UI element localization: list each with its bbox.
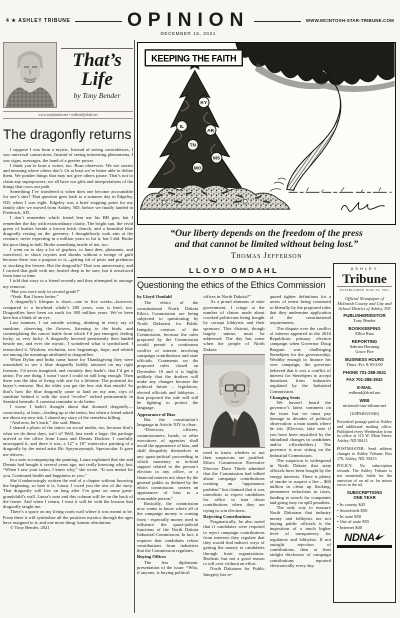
- ndna-logo: NDNA: [337, 533, 392, 548]
- phone-line: PHONE 701-288-3531: [337, 371, 392, 376]
- ornament-ky: KY: [200, 100, 207, 106]
- paragraph: Last summer, I sat outside writing, drin…: [3, 320, 133, 357]
- paragraph: The only way to reassure North Dakotans …: [270, 505, 331, 568]
- paragraph: • Snowbirds $50: [337, 508, 392, 513]
- subscriptions-label-2: ONE YEAR: [337, 496, 392, 501]
- edition-label: 4 ★ ASHLEY TRIBUNE: [6, 18, 70, 24]
- column-divider-rule: [134, 40, 135, 613]
- paragraph: A dragonfly’s lifespan is short—one to f…: [3, 299, 133, 320]
- subscription-rates: • In county $45• Snowbirds $50• In state…: [337, 502, 392, 530]
- thats-life-header: That’s Life by Tony Bender: [3, 42, 133, 108]
- section-title: OPINION: [127, 11, 249, 30]
- tony-bender-photo: [3, 42, 57, 108]
- masthead-paper-name: Tribune: [337, 272, 392, 285]
- paragraph: Basically, the commission now wants to k…: [137, 501, 198, 554]
- contact-line: www.tonybender.net • redhead@drtel.net: [3, 111, 133, 119]
- header-rule-left: [75, 21, 122, 22]
- omdahl-article: by Lloyd OmdahlThe ethics of the constit…: [137, 294, 331, 614]
- ornament-tn: TN: [190, 143, 197, 149]
- editorial-cartoon: KY IL AR TN MS MO: [137, 42, 396, 225]
- web-value: mcintosh-star-tribune.net: [337, 404, 392, 409]
- column-title-line2: Life: [61, 70, 133, 89]
- ornament-il: IL: [180, 124, 184, 130]
- paragraph: North Dakotans for Public Integrity has …: [203, 566, 264, 577]
- columnist-name: LLOYD OMDAHL: [137, 266, 331, 278]
- omdahl-col2: offices in North Dakota?”As a proud alum…: [203, 294, 264, 614]
- issue-date: DECEMBER 15, 2021: [127, 31, 249, 36]
- paragraph: I think you’re born a writer, too. Born …: [3, 163, 133, 189]
- masthead-box: ASHLEY Tribune ESTABLISHED JUNE 29, 1901…: [333, 263, 396, 603]
- thats-life-title-block: That’s Life by Tony Bender: [57, 42, 133, 108]
- ornament-mo: MO: [194, 165, 202, 171]
- policy-note: POLICY: No subscription refunds. The Ash…: [337, 464, 392, 488]
- paragraph: The less diplomatic presentation of the …: [137, 560, 198, 576]
- bookkeeping-name: Elliot Rust: [337, 332, 392, 337]
- paragraph: The dispute over the conflict of interes…: [270, 326, 331, 394]
- paragraph: I swear I hadn’t thought about that doom…: [3, 404, 133, 420]
- reporter-2: Grace Fire: [337, 350, 392, 355]
- paragraph: I told that story to a friend recently a…: [3, 278, 133, 289]
- header-rule-right: [254, 21, 301, 22]
- paragraph: The ethics of the constitutional North D…: [137, 300, 198, 410]
- paragraph: We haven’t heard the governor’s latest c…: [270, 400, 331, 458]
- website-url: WWW.MCINTOSH-STAR-TRIBUNE.COM: [306, 18, 394, 23]
- paragraph: I don’t remember which friend lent me hi…: [3, 215, 133, 247]
- cartoonist-signature: [341, 202, 385, 211]
- omdahl-headline: Questioning the ethics of the Ethics Com…: [137, 280, 333, 290]
- paragraph: quired tighter definitions for a series …: [270, 294, 331, 326]
- paragraph: Something I’ve wondered is when does one…: [3, 189, 133, 215]
- periodical-note: Periodical postage paid at Ashley and ad…: [337, 420, 392, 444]
- omdahl-col2-top: offices in North Dakota?”As a proud alum…: [203, 294, 264, 352]
- byline: by Lloyd Omdahl: [137, 294, 198, 299]
- quote-line1: “Our liberty depends on the freedom of t…: [137, 228, 396, 239]
- paragraph: Pragmatically, he also noted that if can…: [203, 519, 264, 566]
- paragraph: But the constitution’s language in Artic…: [137, 417, 198, 428]
- press-freedom-quote: “Our liberty depends on the freedom of t…: [137, 228, 396, 260]
- section-block: OPINION DECEMBER 15, 2021: [127, 11, 249, 36]
- article-body: I suppose I was born a mystic. Instead o…: [3, 147, 133, 530]
- paragraph: I suppose I was born a mystic. Instead o…: [3, 147, 133, 163]
- masthead-established: ESTABLISHED JUNE 29, 1901: [337, 286, 392, 293]
- omdahl-col3: quired tighter definitions for a series …: [270, 294, 331, 614]
- title-rule: [61, 48, 133, 49]
- paragraph: In a note accompanying the painting, Lau…: [3, 457, 133, 478]
- hours-value: Thurs.-Fri. 8:30-3:00: [337, 363, 392, 368]
- postmaster-note: POSTMASTER: Send address changes to Ashl…: [337, 447, 392, 461]
- paragraph: I shared a photo of the tattoo on social…: [3, 425, 133, 457]
- paragraph: • In county $45: [337, 502, 392, 507]
- fax-line: FAX 701-288-3532: [337, 378, 392, 383]
- page-header: 4 ★ ASHLEY TRIBUNE OPINION DECEMBER 15, …: [6, 11, 394, 36]
- paragraph: The suspicion is widespread in North Dak…: [270, 458, 331, 505]
- cartoon-title-box: KEEPING THE FAITH: [145, 50, 242, 66]
- ndna-wordmark: NDNA: [344, 532, 375, 544]
- ornament-ar: AR: [207, 128, 214, 134]
- paragraph: • Out of state $55: [337, 519, 392, 524]
- paragraph: There’s a space on my living room wall w…: [3, 509, 133, 525]
- paragraph: • In state $50: [337, 514, 392, 519]
- email-value: redhead@drtel.net: [337, 391, 392, 396]
- paragraph: When Dylan and India came home for Thank…: [3, 357, 133, 404]
- omdahl-col1: by Lloyd OmdahlThe ethics of the constit…: [137, 294, 198, 614]
- usps-number: (USPS#033-940): [337, 412, 392, 417]
- ndna-bar: [337, 545, 392, 549]
- lloyd-omdahl-photo: [203, 354, 264, 448]
- paragraph: © Tony Bender, 2021: [3, 525, 133, 530]
- quote-attribution: Thomas Jefferson: [137, 251, 396, 260]
- thats-life-column: That’s Life by Tony Bender www.tonybende…: [3, 42, 133, 614]
- quote-line2: and that cannot be limited without being…: [137, 239, 396, 250]
- newspaper-opinion-page: 4 ★ ASHLEY TRIBUNE OPINION DECEMBER 15, …: [0, 0, 400, 618]
- paragraph: • Internet $40: [337, 525, 392, 530]
- column-byline: by Tony Bender: [61, 91, 133, 100]
- paragraph: As a proud alumnus of state government, …: [203, 299, 264, 352]
- storm-cloud: [235, 43, 394, 92]
- debris-pile: [140, 185, 289, 209]
- paragraph: “Directors, officers, commissioners, hea…: [137, 427, 198, 501]
- ndna-bird-icon: [375, 533, 385, 541]
- omdahl-col2-bottom: need to know whether or not their suspic…: [203, 450, 264, 577]
- cartoon-title: KEEPING THE FAITH: [151, 53, 236, 63]
- paragraph: I went on to slay a lot of gophers, to h…: [3, 247, 133, 279]
- column-title-line1: That’s: [61, 51, 133, 70]
- paragraph: need to know whether or not their suspic…: [203, 450, 264, 513]
- publisher-name: Tony Bender: [337, 319, 392, 324]
- official-newspaper-note: Official Newspaper of McIntosh County an…: [337, 296, 392, 312]
- article-headline: The dragonfly returns: [3, 127, 133, 142]
- ground-line: [289, 187, 392, 192]
- ornament-ms: MS: [213, 156, 220, 162]
- paragraph: She’d unknowingly written the end of a c…: [3, 478, 133, 510]
